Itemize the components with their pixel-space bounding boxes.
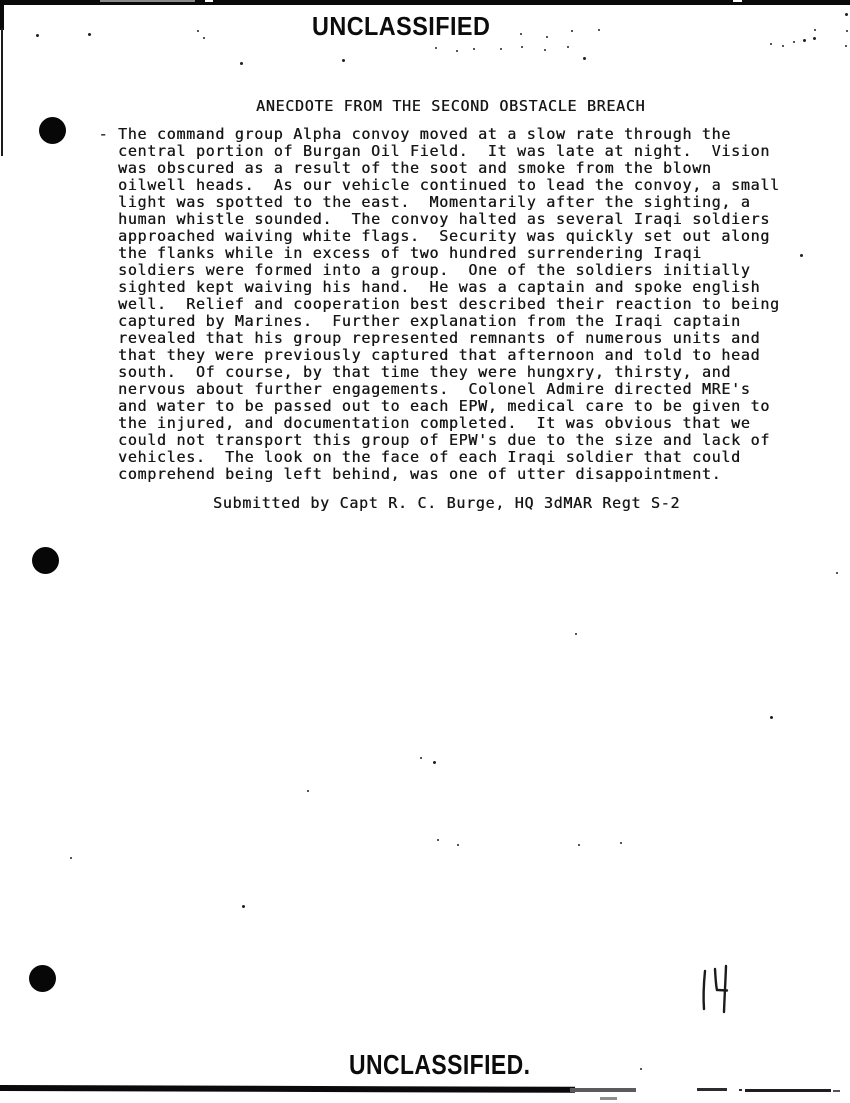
scan-speck bbox=[836, 572, 838, 574]
scan-speck bbox=[640, 1068, 642, 1070]
scan-dash-bit bbox=[833, 1090, 840, 1092]
body-line: was obscured as a result of the soot and… bbox=[118, 160, 780, 177]
scan-speck bbox=[203, 37, 205, 39]
hole-punch-mark bbox=[29, 965, 56, 992]
scan-edge-bottom bbox=[0, 1085, 575, 1093]
scan-speck bbox=[793, 41, 795, 43]
scan-edge-notch bbox=[205, 0, 213, 2]
body-line: nervous about further engagements. Colon… bbox=[118, 381, 780, 398]
body-line: comprehend being left behind, was one of… bbox=[118, 466, 780, 483]
scan-speck bbox=[575, 633, 577, 635]
body-line: oilwell heads. As our vehicle continued … bbox=[118, 177, 780, 194]
scan-speck bbox=[342, 59, 345, 62]
scan-speck bbox=[197, 30, 199, 32]
body-line: revealed that his group represented remn… bbox=[118, 330, 780, 347]
scan-speck bbox=[583, 57, 586, 60]
scan-speck bbox=[803, 39, 806, 42]
scan-speck bbox=[578, 844, 580, 846]
body-line: vehicles. The look on the face of each I… bbox=[118, 449, 780, 466]
scan-dash-dot bbox=[739, 1089, 742, 1091]
scan-speck bbox=[813, 37, 816, 40]
scan-speck bbox=[457, 844, 459, 846]
body-line: - The command group Alpha convoy moved a… bbox=[99, 126, 780, 143]
scan-speck bbox=[520, 33, 522, 35]
scan-speck bbox=[598, 29, 600, 31]
classification-footer: UNCLASSIFIED. bbox=[349, 1049, 530, 1081]
scan-edge-bottom-bit bbox=[600, 1097, 617, 1100]
scan-speck bbox=[571, 30, 573, 32]
scan-speck bbox=[433, 761, 436, 764]
scan-speck bbox=[800, 254, 803, 257]
scan-speck bbox=[435, 47, 437, 49]
body-line: the flanks while in excess of two hundre… bbox=[118, 245, 780, 262]
body-text: - The command group Alpha convoy moved a… bbox=[118, 126, 780, 483]
body-line: that they were previously captured that … bbox=[118, 347, 780, 364]
body-line: well. Relief and cooperation best descri… bbox=[118, 296, 780, 313]
scan-speck bbox=[845, 45, 847, 47]
scan-dash bbox=[745, 1089, 831, 1092]
scan-edge-left-corner bbox=[0, 0, 4, 30]
scan-edge-left-line bbox=[1, 28, 3, 156]
scan-speck bbox=[88, 33, 91, 36]
scan-speck bbox=[500, 48, 502, 50]
scan-edge-bottom-fade bbox=[570, 1088, 636, 1092]
hole-punch-mark bbox=[32, 547, 59, 574]
scan-speck bbox=[846, 30, 848, 32]
scan-speck bbox=[544, 49, 546, 51]
scan-speck bbox=[620, 842, 622, 844]
scan-speck bbox=[814, 29, 816, 31]
body-line: central portion of Burgan Oil Field. It … bbox=[118, 143, 780, 160]
scan-edge-notch bbox=[733, 0, 742, 2]
scan-speck bbox=[36, 34, 39, 37]
body-line: south. Of course, by that time they were… bbox=[118, 364, 780, 381]
scan-speck bbox=[456, 50, 458, 52]
scan-speck bbox=[546, 36, 548, 38]
scan-speck bbox=[567, 46, 569, 48]
scan-speck bbox=[521, 46, 523, 48]
scan-speck bbox=[307, 790, 309, 792]
document-title: ANECDOTE FROM THE SECOND OBSTACLE BREACH bbox=[256, 97, 645, 115]
scan-speck bbox=[70, 857, 72, 859]
scan-speck bbox=[770, 43, 772, 45]
body-line: light was spotted to the east. Momentari… bbox=[118, 194, 780, 211]
body-line: could not transport this group of EPW's … bbox=[118, 432, 780, 449]
scan-speck bbox=[845, 13, 848, 16]
handwritten-digits bbox=[697, 963, 735, 1015]
scan-speck bbox=[216, 170, 218, 172]
body-line: soldiers were formed into a group. One o… bbox=[118, 262, 780, 279]
scan-edge-top-fade bbox=[100, 0, 195, 2]
classification-header: UNCLASSIFIED bbox=[312, 11, 490, 42]
body-line: human whistle sounded. The convoy halted… bbox=[118, 211, 780, 228]
body-line: sighted kept waiving his hand. He was a … bbox=[118, 279, 780, 296]
body-line: captured by Marines. Further explanation… bbox=[118, 313, 780, 330]
scan-speck bbox=[782, 45, 784, 47]
scan-speck bbox=[420, 757, 422, 759]
hole-punch-mark bbox=[39, 117, 66, 144]
body-line: the injured, and documentation completed… bbox=[118, 415, 780, 432]
document-page: UNCLASSIFIED ANECDOTE FROM THE SECOND OB… bbox=[0, 0, 850, 1103]
scan-speck bbox=[240, 62, 243, 65]
page-number: 14 bbox=[697, 963, 735, 1015]
scan-speck bbox=[437, 839, 439, 841]
scan-dash bbox=[697, 1088, 727, 1091]
scan-speck bbox=[473, 48, 475, 50]
scan-speck bbox=[770, 716, 773, 719]
body-line: approached waiving white flags. Security… bbox=[118, 228, 780, 245]
attribution-line: Submitted by Capt R. C. Burge, HQ 3dMAR … bbox=[213, 494, 680, 512]
body-line: and water to be passed out to each EPW, … bbox=[118, 398, 780, 415]
scan-speck bbox=[242, 905, 245, 908]
